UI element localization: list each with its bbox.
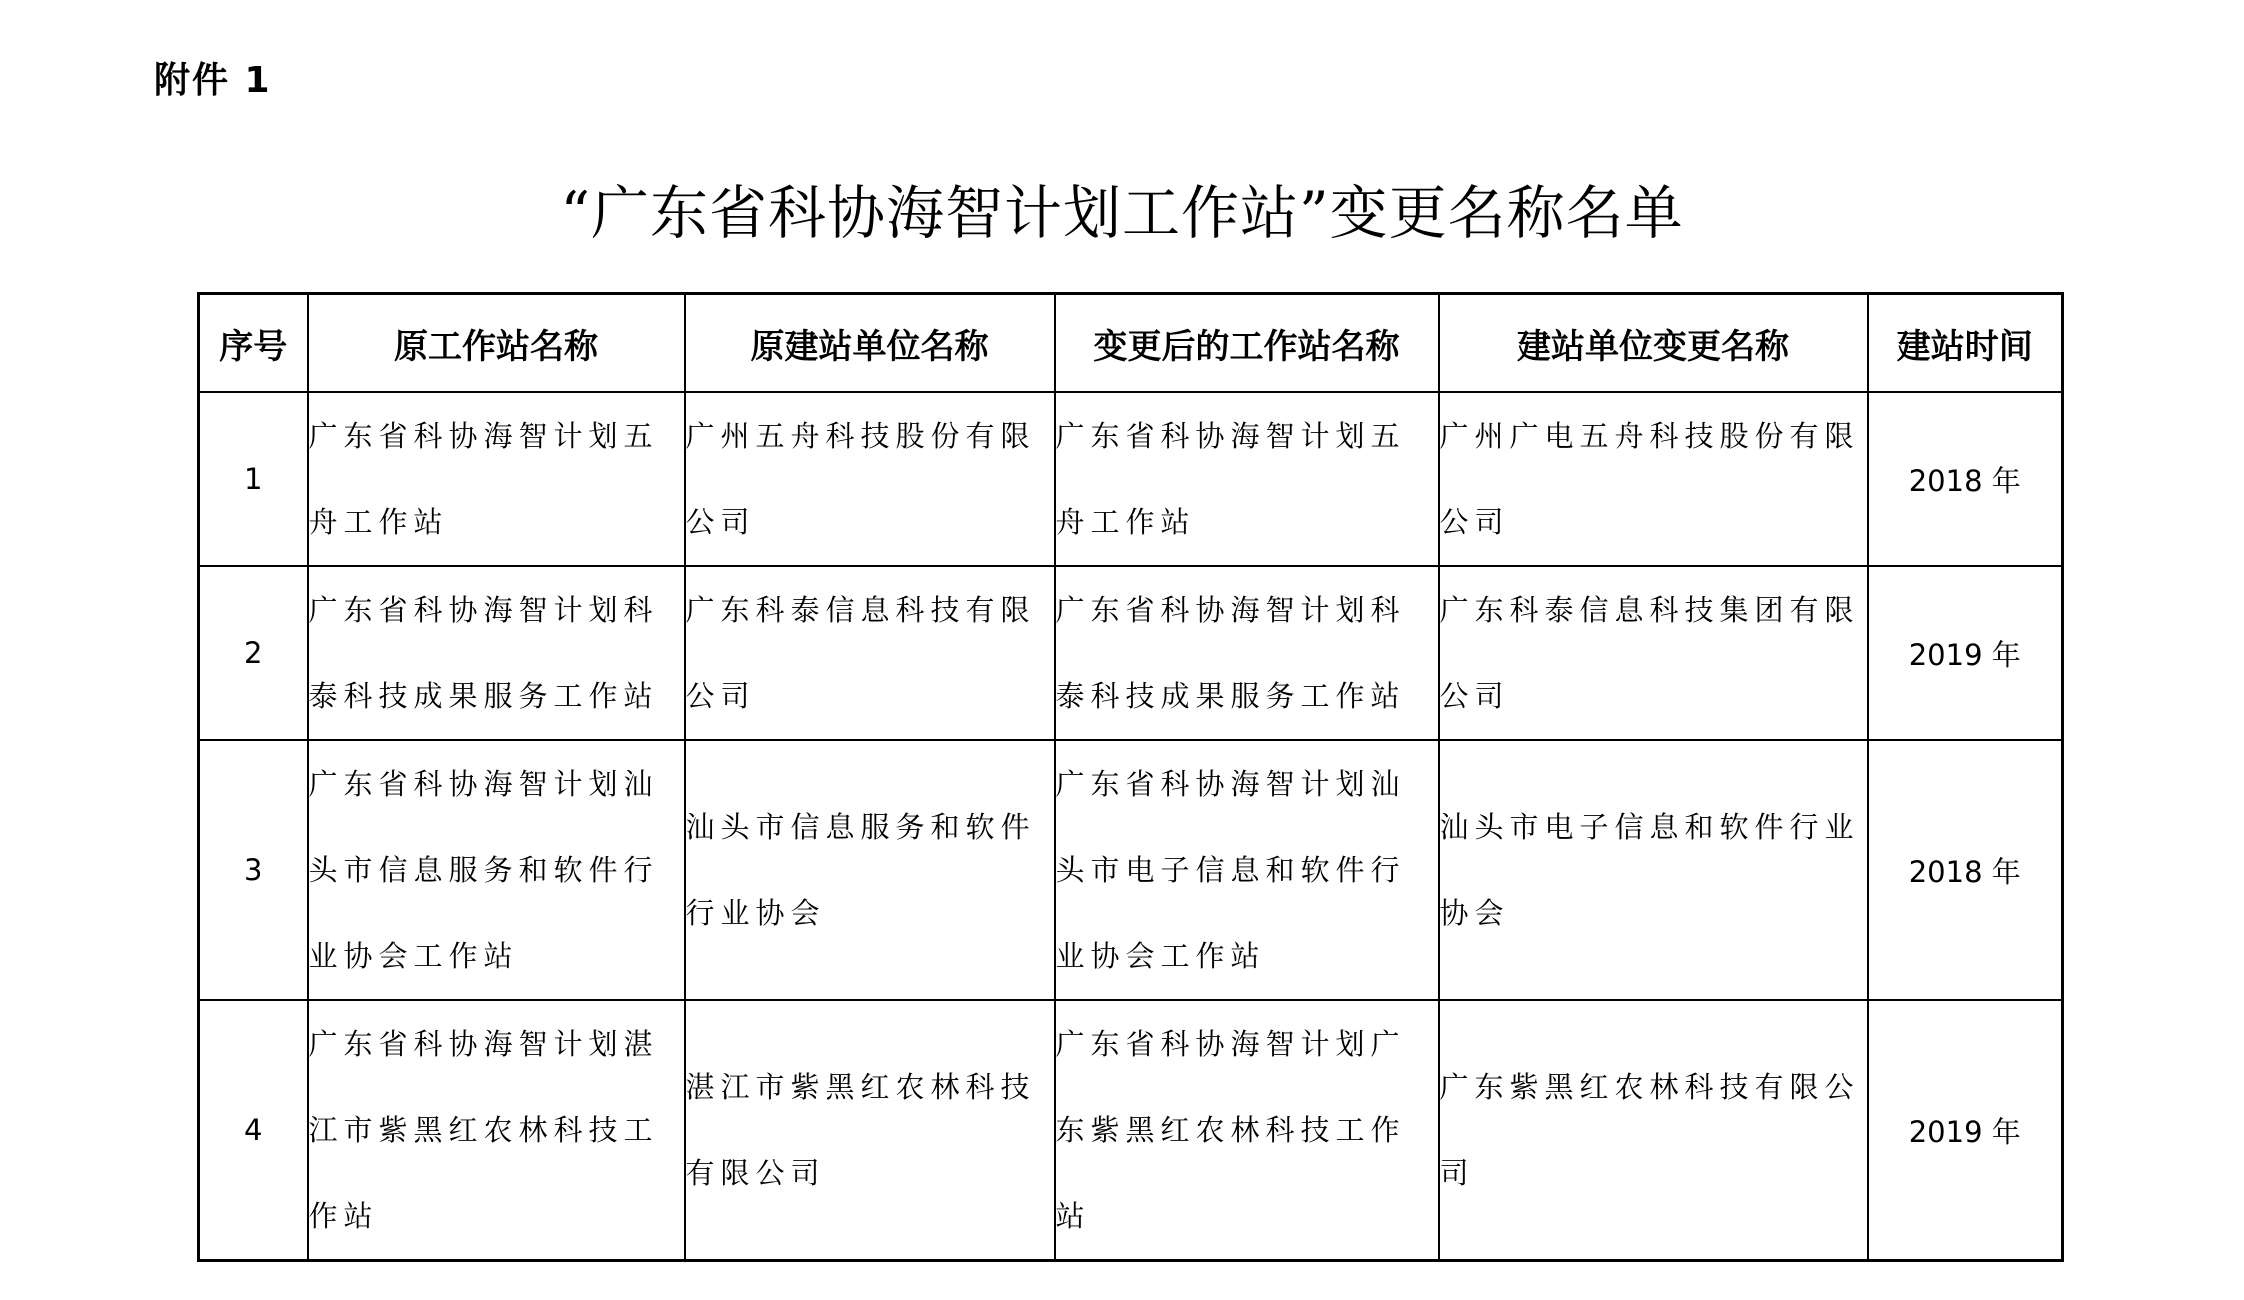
document-title: “广东省科协海智计划工作站”变更名称名单 (0, 166, 2244, 250)
cell-new-unit: 汕头市电子信息和软件行业协会 (1439, 740, 1868, 1000)
cell-index: 4 (199, 1000, 308, 1261)
cell-orig-unit: 湛江市紫黑红农林科技有限公司 (685, 1000, 1055, 1261)
cell-orig-station: 广东省科协海智计划湛江市紫黑红农林科技工作站 (308, 1000, 685, 1261)
header-new-unit: 建站单位变更名称 (1439, 294, 1868, 393)
table-row: 2 广东省科协海智计划科泰科技成果服务工作站 广东科泰信息科技有限公司 广东省科… (199, 566, 2063, 740)
table-row: 1 广东省科协海智计划五舟工作站 广州五舟科技股份有限公司 广东省科协海智计划五… (199, 392, 2063, 566)
cell-year: 2018 年 (1868, 740, 2063, 1000)
cell-new-unit: 广州广电五舟科技股份有限公司 (1439, 392, 1868, 566)
attachment-label: 附件 1 (154, 52, 272, 103)
header-orig-unit: 原建站单位名称 (685, 294, 1055, 393)
cell-new-station: 广东省科协海智计划五舟工作站 (1055, 392, 1439, 566)
cell-new-station: 广东省科协海智计划科泰科技成果服务工作站 (1055, 566, 1439, 740)
table-row: 3 广东省科协海智计划汕头市信息服务和软件行业协会工作站 汕头市信息服务和软件行… (199, 740, 2063, 1000)
cell-year: 2018 年 (1868, 392, 2063, 566)
cell-new-unit: 广东科泰信息科技集团有限公司 (1439, 566, 1868, 740)
cell-new-station: 广东省科协海智计划汕头市电子信息和软件行业协会工作站 (1055, 740, 1439, 1000)
cell-index: 2 (199, 566, 308, 740)
cell-year: 2019 年 (1868, 1000, 2063, 1261)
station-rename-table: 序号 原工作站名称 原建站单位名称 变更后的工作站名称 建站单位变更名称 建站时… (197, 292, 2064, 1262)
cell-orig-unit: 汕头市信息服务和软件行业协会 (685, 740, 1055, 1000)
cell-orig-unit: 广东科泰信息科技有限公司 (685, 566, 1055, 740)
table-header-row: 序号 原工作站名称 原建站单位名称 变更后的工作站名称 建站单位变更名称 建站时… (199, 294, 2063, 393)
header-orig-station: 原工作站名称 (308, 294, 685, 393)
header-new-station: 变更后的工作站名称 (1055, 294, 1439, 393)
header-index: 序号 (199, 294, 308, 393)
cell-orig-station: 广东省科协海智计划五舟工作站 (308, 392, 685, 566)
cell-index: 3 (199, 740, 308, 1000)
cell-index: 1 (199, 392, 308, 566)
cell-orig-station: 广东省科协海智计划科泰科技成果服务工作站 (308, 566, 685, 740)
cell-new-unit: 广东紫黑红农林科技有限公司 (1439, 1000, 1868, 1261)
header-year: 建站时间 (1868, 294, 2063, 393)
cell-orig-unit: 广州五舟科技股份有限公司 (685, 392, 1055, 566)
table-row: 4 广东省科协海智计划湛江市紫黑红农林科技工作站 湛江市紫黑红农林科技有限公司 … (199, 1000, 2063, 1261)
cell-new-station: 广东省科协海智计划广东紫黑红农林科技工作站 (1055, 1000, 1439, 1261)
cell-orig-station: 广东省科协海智计划汕头市信息服务和软件行业协会工作站 (308, 740, 685, 1000)
cell-year: 2019 年 (1868, 566, 2063, 740)
